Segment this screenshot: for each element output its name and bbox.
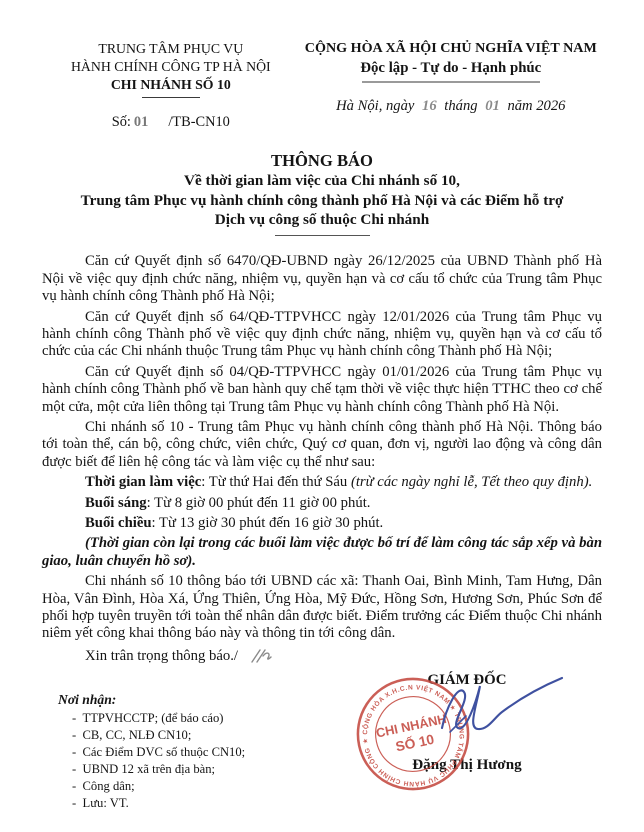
morning-text: : Từ 8 giờ 00 phút đến 11 giờ 00 phút.	[147, 495, 371, 511]
recipients-block: Nơi nhận: TTPVHCCTP; (để báo cáo) CB, CC…	[42, 692, 350, 811]
recipient-item: TTPVHCCTP; (để báo cáo)	[58, 710, 350, 727]
closing-text: Xin trân trọng thông báo./	[85, 648, 238, 664]
date-month-handwritten: 01	[481, 98, 504, 114]
doc-number-label: Số:	[112, 114, 131, 130]
document-header: TRUNG TÂM PHỤC VỤ HÀNH CHÍNH CÔNG TP HÀ …	[42, 40, 602, 131]
divider	[275, 235, 370, 236]
date-day-handwritten: 16	[418, 98, 441, 114]
title-subline-1: Về thời gian làm việc của Chi nhánh số 1…	[42, 171, 602, 190]
document-body: Căn cứ Quyết định số 6470/QĐ-UBND ngày 2…	[42, 253, 602, 665]
national-motto: Độc lập - Tự do - Hạnh phúc	[300, 60, 602, 77]
work-time-note: (trừ các ngày nghỉ lễ, Tết theo quy định…	[351, 474, 592, 490]
work-time-label: Thời gian làm việc	[85, 474, 201, 490]
morning-hours-line: Buổi sáng: Từ 8 giờ 00 phút đến 11 giờ 0…	[42, 495, 602, 512]
document-footer: Nơi nhận: TTPVHCCTP; (để báo cáo) CB, CC…	[42, 672, 602, 811]
recipient-item: Các Điểm DVC số thuộc CN10;	[58, 744, 350, 761]
agency-line-2: HÀNH CHÍNH CÔNG TP HÀ NỘI	[42, 58, 300, 76]
work-time-line: Thời gian làm việc: Từ thứ Hai đến thứ S…	[42, 474, 602, 491]
doc-number-value: 01	[131, 114, 151, 130]
afternoon-label: Buổi chiều	[85, 515, 152, 531]
recipient-item: Công dân;	[58, 778, 350, 795]
signature-block: GIÁM ĐỐC ★ CỘNG HÒA X.H.C.N VIỆT NAM ★ T…	[350, 672, 602, 811]
closing-line: Xin trân trọng thông báo./	[42, 647, 602, 665]
signature-ink-icon	[422, 670, 574, 750]
document-title-block: THÔNG BÁO Về thời gian làm việc của Chi …	[42, 150, 602, 236]
recipient-item: CB, CC, NLĐ CN10;	[58, 727, 350, 744]
document-type-title: THÔNG BÁO	[42, 150, 602, 171]
afternoon-hours-line: Buổi chiều: Từ 13 giờ 30 phút đến 16 giờ…	[42, 515, 602, 532]
national-motto-block: CỘNG HÒA XÃ HỘI CHỦ NGHĨA VIỆT NAM Độc l…	[300, 40, 602, 131]
recipient-item: Lưu: VT.	[58, 795, 350, 812]
paragraph-legal-basis-2: Căn cứ Quyết định số 64/QĐ-TTPVHCC ngày …	[42, 309, 602, 361]
handwritten-initial-mark	[248, 647, 274, 664]
divider	[142, 97, 200, 98]
date-suffix: năm 2026	[507, 98, 565, 114]
title-subline-2: Trung tâm Phục vụ hành chính công thành …	[42, 191, 602, 210]
agency-branch-name: CHI NHÁNH SỐ 10	[42, 76, 300, 94]
doc-number-suffix: /TB-CN10	[168, 114, 230, 130]
paragraph-legal-basis-3: Căn cứ Quyết định số 04/QĐ-TTPVHCC ngày …	[42, 364, 602, 416]
recipient-item: UBND 12 xã trên địa bàn;	[58, 761, 350, 778]
date-prefix: Hà Nội, ngày	[336, 98, 414, 114]
morning-label: Buổi sáng	[85, 495, 147, 511]
paragraph-legal-basis-1: Căn cứ Quyết định số 6470/QĐ-UBND ngày 2…	[42, 253, 602, 305]
work-time-text: : Từ thứ Hai đến thứ Sáu	[201, 474, 347, 490]
paragraph-note: (Thời gian còn lại trong các buổi làm vi…	[42, 535, 602, 570]
issue-date-line: Hà Nội, ngày 16 tháng 01 năm 2026	[300, 98, 602, 115]
issuing-agency-block: TRUNG TÂM PHỤC VỤ HÀNH CHÍNH CÔNG TP HÀ …	[42, 40, 300, 131]
national-title: CỘNG HÒA XÃ HỘI CHỦ NGHĨA VIỆT NAM	[300, 40, 602, 57]
date-mid: tháng	[444, 98, 477, 114]
document-page: TRUNG TÂM PHỤC VỤ HÀNH CHÍNH CÔNG TP HÀ …	[0, 0, 644, 832]
agency-line-1: TRUNG TÂM PHỤC VỤ	[42, 40, 300, 58]
divider	[362, 81, 540, 83]
paragraph-distribution: Chi nhánh số 10 thông báo tới UBND các x…	[42, 573, 602, 643]
paragraph-announcement: Chi nhánh số 10 - Trung tâm Phục vụ hành…	[42, 419, 602, 471]
afternoon-text: : Từ 13 giờ 30 phút đến 16 giờ 30 phút.	[152, 515, 384, 531]
title-subline-3: Dịch vụ công số thuộc Chi nhánh	[42, 210, 602, 229]
document-number: Số:01/TB-CN10	[42, 113, 300, 131]
recipients-label: Nơi nhận:	[58, 692, 350, 708]
